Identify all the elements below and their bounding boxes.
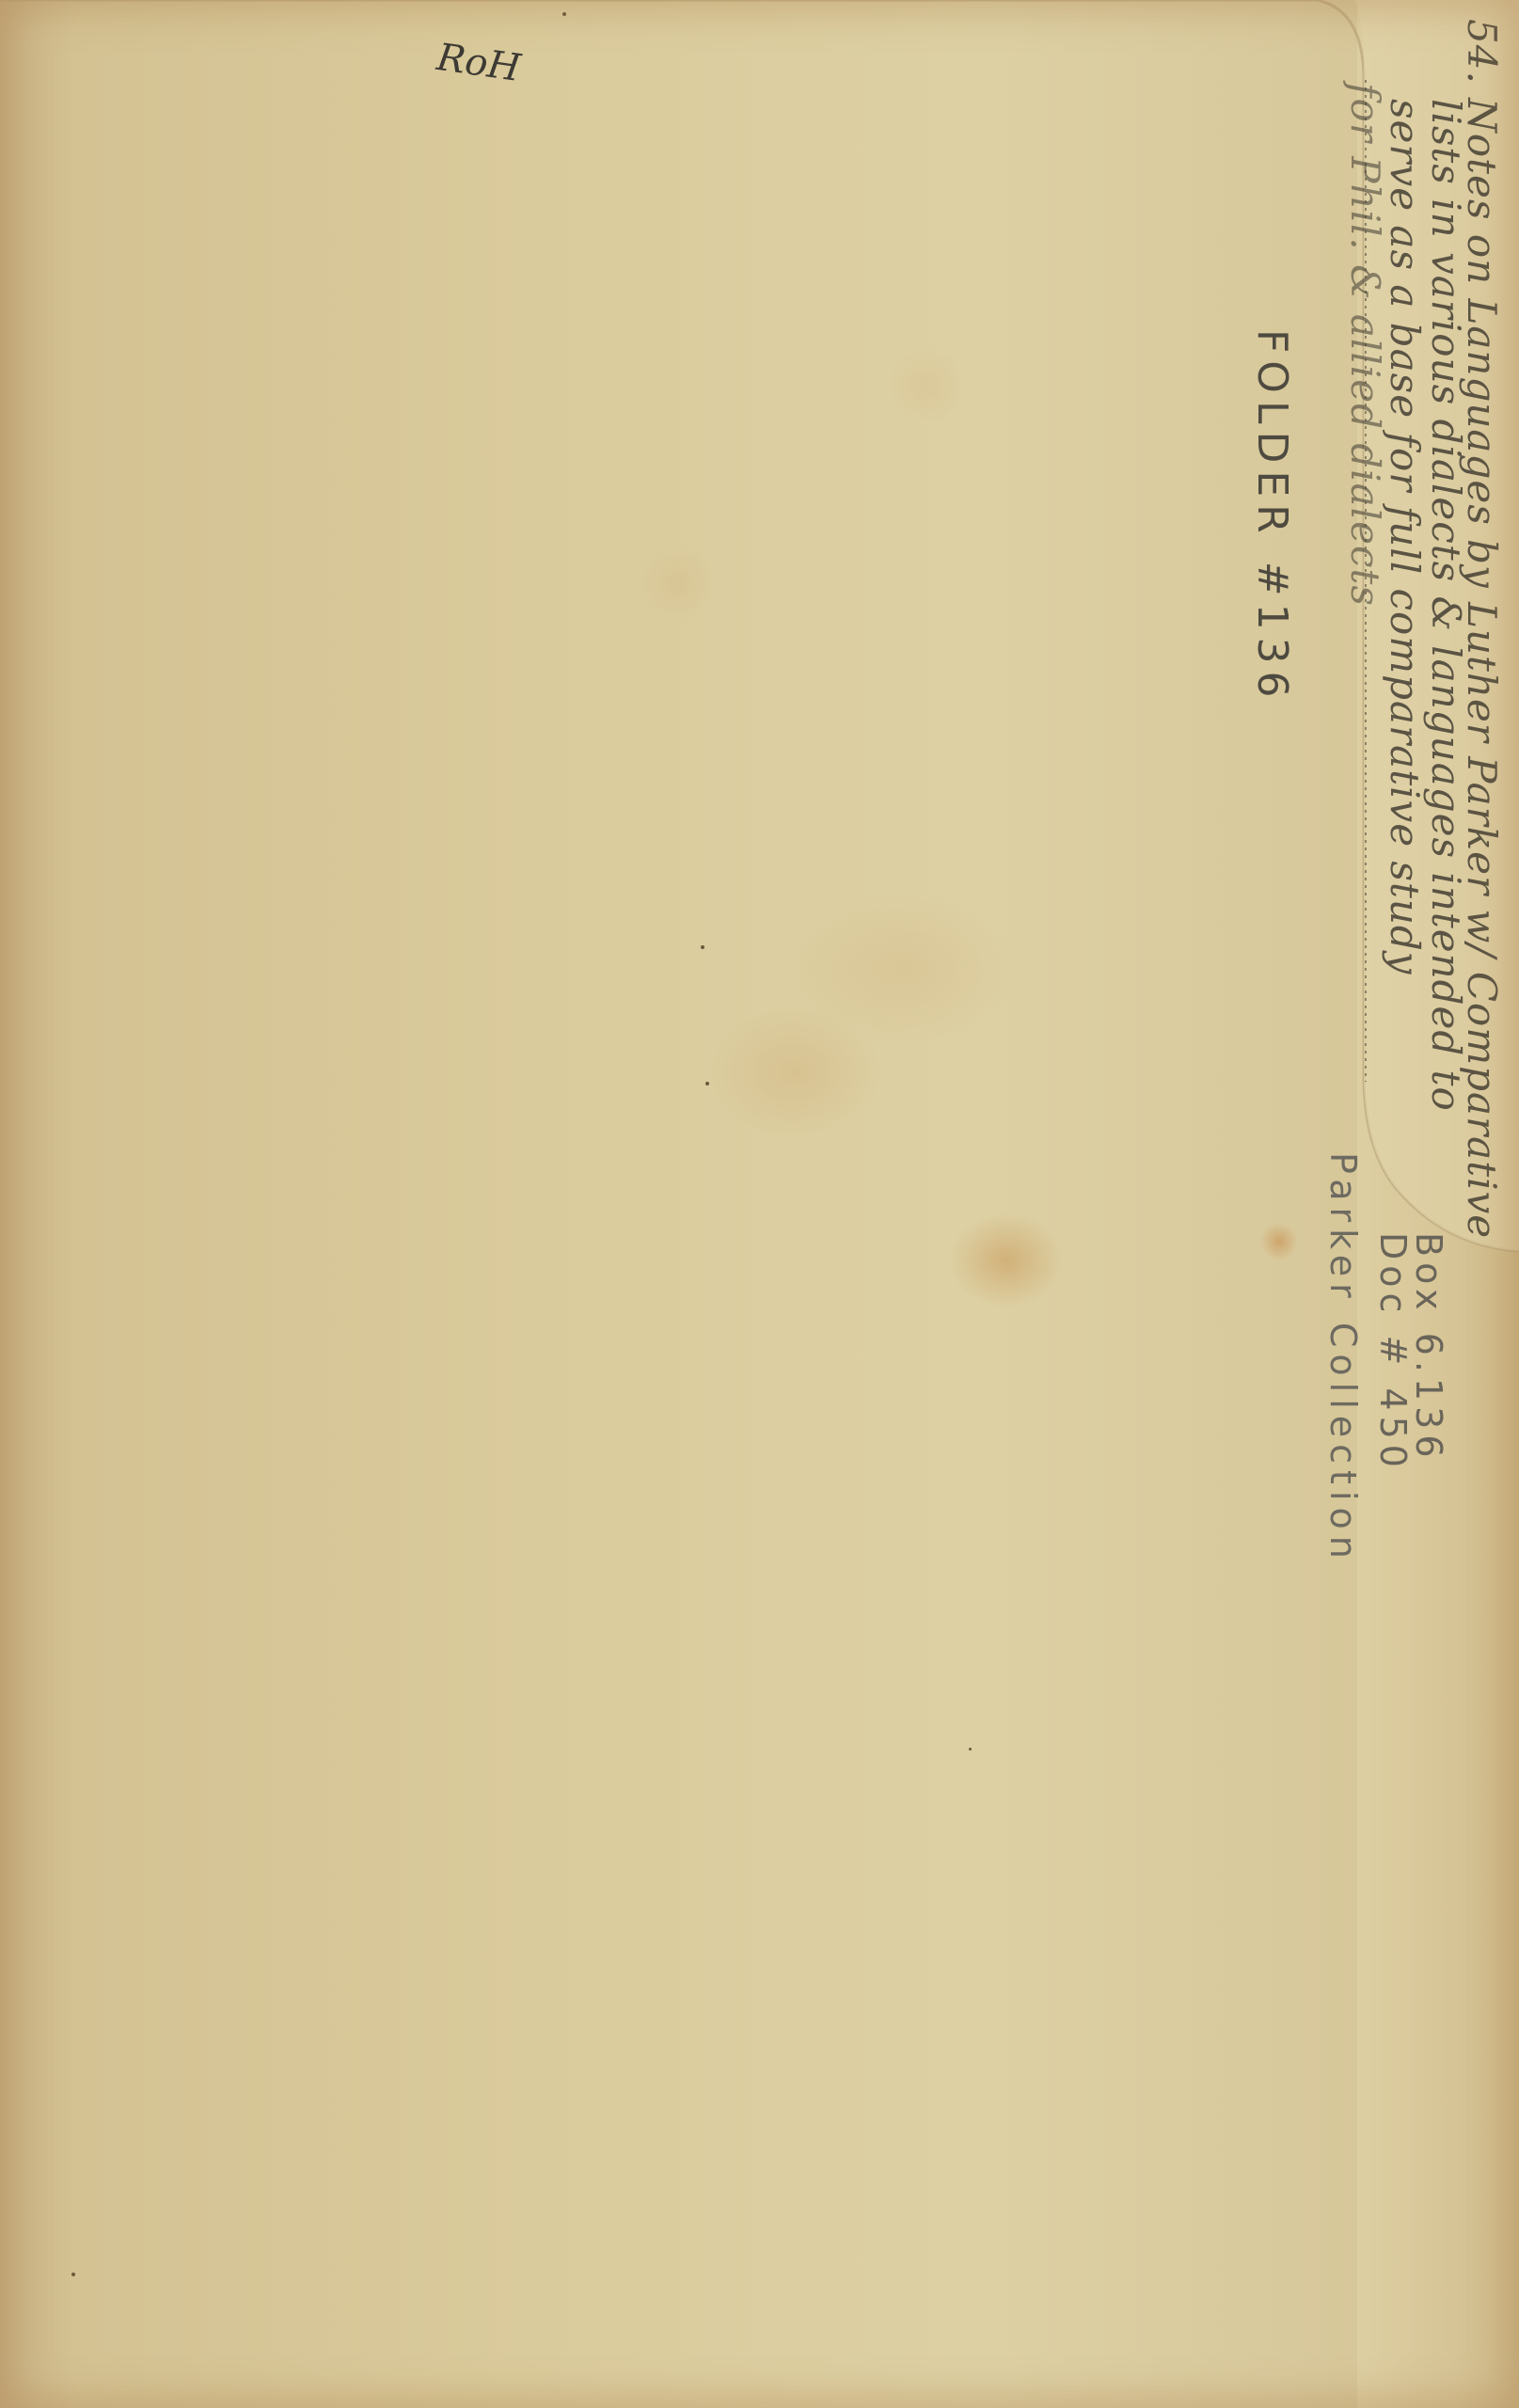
folder-front-panel	[0, 0, 1357, 2408]
tab-description-line-2: lists in various dialects & languages in…	[1423, 99, 1469, 1112]
document-number-label: Doc # 450	[1372, 1232, 1414, 1473]
tab-description-line-3: serve as a base for full comparative stu…	[1382, 99, 1428, 975]
scanned-folder-page: RoH 54. Notes on Languages by Luther Par…	[0, 0, 1519, 2408]
box-number-label: Box 6.136	[1408, 1232, 1449, 1464]
tab-description-line-4: for Phil. & allied dialects	[1342, 83, 1388, 607]
ink-speck	[701, 945, 704, 949]
ink-speck	[562, 12, 566, 16]
ink-speck	[705, 1082, 709, 1085]
collection-label: Parker Collection	[1322, 1152, 1364, 1565]
ink-speck	[71, 2273, 75, 2276]
folder-number-label: FOLDER #136	[1248, 329, 1296, 705]
ink-speck	[969, 1748, 972, 1751]
